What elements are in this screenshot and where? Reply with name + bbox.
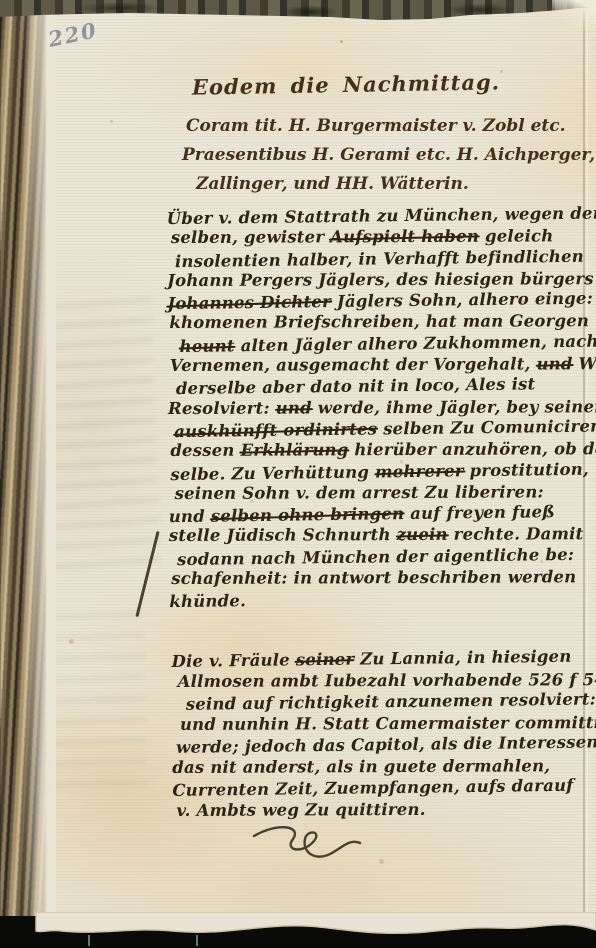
ink-show-through — [39, 286, 161, 570]
text-segment: dessen — [170, 441, 240, 460]
struck-text: Aufspielt haben — [330, 226, 479, 248]
manuscript-line: v. Ambts weg Zu quittiren. — [176, 798, 596, 821]
struck-text: und — [276, 397, 312, 418]
text-segment: Praesentibus H. Gerami etc. H. Aichperge… — [182, 145, 596, 165]
text-segment: Johann Pergers Jäglers, des hiesigen bür… — [167, 269, 594, 290]
text-segment: derselbe aber dato nit in loco, Ales ist — [176, 375, 536, 399]
heading: Eodem die Nachmittag. — [192, 69, 500, 100]
struck-text: mehrerer — [375, 460, 464, 482]
text-segment: Zu Lannia, in hiesigen — [354, 647, 571, 669]
struck-text: Erkhlärung — [241, 440, 349, 462]
manuscript-line: Die v. Fräule seiner Zu Lannia, in hiesi… — [171, 645, 596, 672]
text-segment: selbe. Zu Verhüttung — [170, 462, 375, 484]
text-segment: Zallinger, und HH. Wätterin. — [196, 174, 469, 194]
text-segment: selben, gewister — [171, 228, 330, 248]
text-segment: das nit anderst, als in guete dermahlen, — [172, 756, 550, 777]
text-segment: und — [169, 507, 211, 527]
text-segment: Currenten Zeit, Zuempfangen, aufs darauf — [172, 776, 573, 800]
manuscript-line: Praesentibus H. Gerami etc. H. Aichperge… — [182, 141, 596, 170]
text-segment: khomenen Briefschreiben, hat man Georgen — [169, 312, 589, 333]
page-corner — [552, 0, 596, 30]
struck-text: seiner — [296, 649, 355, 671]
text-segment: Jäglers Sohn, alhero einge: — [331, 289, 593, 311]
text-segment: v. Ambts weg Zu quittiren. — [176, 799, 425, 819]
text-segment: khünde. — [169, 591, 246, 611]
text-segment: rechte. Damit — [448, 525, 584, 545]
manuscript-line: khomenen Briefschreiben, hat man Georgen — [169, 310, 596, 333]
manuscript-line: Coram tit. H. Burgermaister v. Zobl etc. — [186, 112, 596, 141]
text-segment: Weillen — [573, 354, 596, 373]
struck-text: zuein — [397, 524, 448, 546]
text-segment: seind auf richtigkeit anzunemen resolvie… — [186, 689, 596, 713]
signature-flourish — [248, 822, 368, 866]
manuscript-line: stelle Jüdisch Schnurth zuein rechte. Da… — [169, 523, 596, 546]
manuscript-line: seind auf richtigkeit anzunemen resolvie… — [186, 688, 596, 715]
text-segment: insolentien halber, in Verhafft befindli… — [175, 246, 584, 270]
text-segment: werde; jedoch das Capitol, als die Inter… — [176, 732, 596, 757]
manuscript-line: Zallinger, und HH. Wätterin. — [196, 170, 596, 199]
text-segment: Die v. Fräule — [171, 650, 296, 671]
paragraph-1: Über v. dem Stattrath zu München, wegen … — [167, 203, 596, 611]
manuscript-line: werde; jedoch das Capitol, als die Inter… — [176, 731, 596, 758]
binding-gutter-shadow — [22, 6, 56, 926]
text-segment: prostitution, — [464, 459, 589, 480]
manuscript-line: dessen Erkhlärung hierüber anzuhören, ob… — [170, 438, 596, 461]
text-segment: sodann nach München der aigentliche be: — [177, 545, 574, 569]
text-segment: schafenheit: in antwort beschriben werde… — [171, 567, 576, 588]
text-segment: selben Zu Comuniciren, und — [377, 416, 596, 439]
manuscript-line: khünde. — [169, 585, 596, 613]
ink-show-through — [48, 597, 146, 799]
text-segment: und nunhin H. Statt Camermaister committ… — [180, 713, 596, 734]
text-segment: Allmosen ambt Iubezahl vorhabende 526 f … — [178, 670, 596, 691]
manuscript-line: selben, gewister Aufspielt haben geleich — [171, 225, 596, 248]
foxing-stains — [340, 40, 343, 43]
scanner-mark — [88, 935, 90, 946]
text-segment: Coram tit. H. Burgermaister v. Zobl etc. — [186, 116, 566, 136]
text-segment: auf freyen fueß — [404, 502, 555, 523]
text-segment: werde, ihme Jägler, bey seiner — [312, 397, 596, 417]
paragraph-2: Die v. Fräule seiner Zu Lannia, in hiesi… — [171, 646, 596, 821]
manuscript-scan: 220 Eodem die Nachmittag. Coram tit. H. … — [0, 0, 596, 948]
text-segment: Resolviert: — [168, 398, 276, 417]
text-segment: Vernemen, ausgemacht der Vorgehalt, — [170, 355, 537, 376]
struck-text: und — [536, 353, 572, 374]
salutation-block: Coram tit. H. Burgermaister v. Zobl etc.… — [182, 112, 596, 199]
text-segment: alten Jägler alhero Zukhommen, nach zu — [235, 331, 596, 355]
text-segment: Über v. dem Stattrath zu München, wegen … — [167, 203, 596, 228]
text-segment: geleich — [479, 227, 554, 246]
manuscript-line: Currenten Zeit, Zuempfangen, aufs darauf — [172, 774, 596, 801]
text-segment: stelle Jüdisch Schnurth — [169, 526, 397, 546]
text-segment: hierüber anzuhören, ob der: — [348, 439, 596, 459]
text-segment: seinen Sohn v. dem arrest Zu liberiren: — [175, 482, 544, 503]
scanner-mark — [196, 935, 198, 946]
